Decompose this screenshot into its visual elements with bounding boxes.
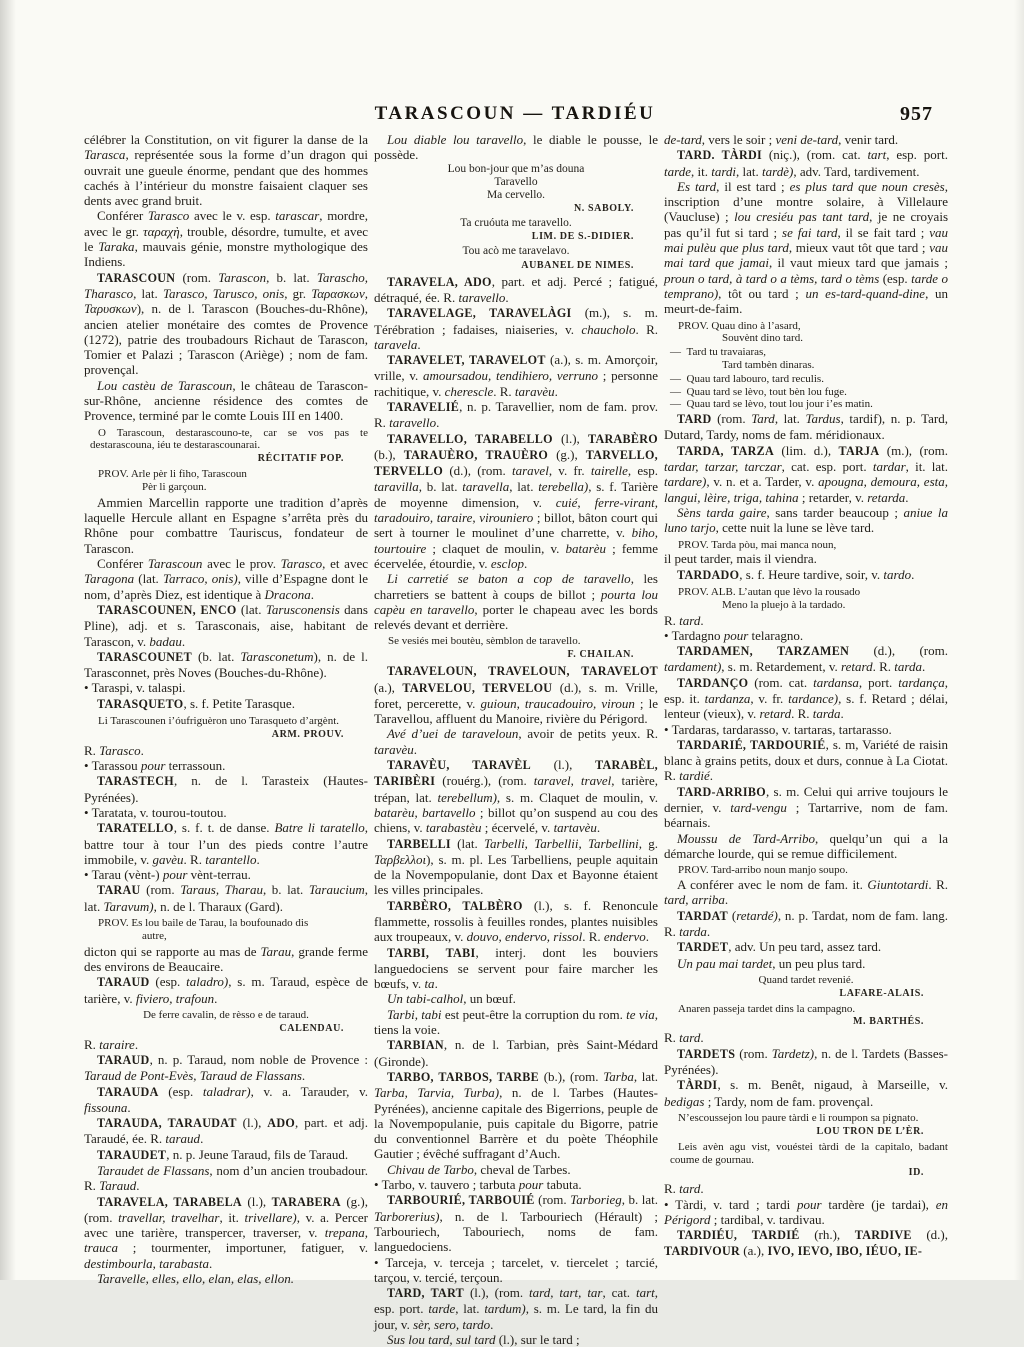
paragraph: TARATELLO, s. f. t. de danse. Batre li t… (84, 820, 368, 867)
paragraph: TARDANÇO (rom. cat. tardansa, port. tard… (664, 675, 948, 722)
paragraph: ARM. PROUV. (84, 729, 368, 741)
paragraph: LIM. DE S.-DIDIER. (374, 231, 658, 243)
paragraph: Se vesiés mei boutèu, sèmblon de taravel… (380, 635, 658, 648)
paragraph: TARASTECH, n. de l. Tarasteix (Hautes-Py… (84, 773, 368, 805)
paragraph: TARBELLI (lat. Tarbelli, Tarbellii, Tarb… (374, 836, 658, 898)
paragraph: • Tarbo, v. tauvero ; tarbuta pour tabut… (374, 1177, 658, 1192)
paragraph: TARAVÈU, TARAVÈL (l.), TARABÈL, TARIBÈRI… (374, 757, 658, 835)
column-1: célébrer la Constitution, on vit figurer… (84, 132, 368, 1280)
paragraph: TARAUDET, n. p. Jeune Taraud, fils de Ta… (84, 1147, 368, 1163)
paragraph: Lou diable lou taravello, le diable le p… (374, 132, 658, 163)
paragraph: Taravelle, elles, ello, elan, elas, ello… (84, 1271, 368, 1280)
paragraph: TARBÈRO, TALBÈRO (l.), s. f. Renoncule f… (374, 898, 658, 945)
paragraph: TARDA, TARZA (lim. d.), TARJA (m.), (rom… (664, 443, 948, 505)
paragraph: LAFARE-ALAIS. (664, 988, 948, 1000)
paragraph: ID. (664, 1167, 948, 1179)
paragraph: M. BARTHÉS. (664, 1016, 948, 1028)
paragraph: R. taraire. (84, 1037, 368, 1052)
paragraph: O Tarascoun, destarascouno-te, car se vo… (90, 427, 368, 453)
paragraph: Ma cervello. (374, 189, 658, 202)
paragraph: TARAVELLO, TARABELLO (l.), TARABÈRO (b.)… (374, 431, 658, 572)
paragraph: • Taratata, v. tourou-toutou. (84, 805, 368, 820)
paragraph: Tard tambèn dinaras. (664, 359, 948, 372)
paragraph: — Quau tard labouro, tard reculis. (664, 373, 948, 386)
paragraph: TÀRDI, s. m. Benêt, nigaud, à Marseille,… (664, 1077, 948, 1109)
paragraph: TARAVELA, ADO, part. et adj. Percé ; fat… (374, 274, 658, 306)
paragraph: F. CHAILAN. (374, 649, 658, 661)
paragraph: TARAUD (esp. taladro), s. m. Taraud, esp… (84, 974, 368, 1006)
paragraph: PROV. Arle pèr li fiho, Tarascoun (84, 468, 368, 481)
paragraph: Tarbi, tabi est peut-être la corruption … (374, 1007, 658, 1038)
paragraph: Taravello (374, 176, 658, 189)
paragraph: Pèr li garçoun. (84, 481, 368, 494)
column-2: Lou diable lou taravello, le diable le p… (374, 132, 658, 1280)
paragraph: célébrer la Constitution, on vit figurer… (84, 132, 368, 208)
paragraph: N. SABOLY. (374, 203, 658, 215)
paragraph: • Tardagno pour telaragno. (664, 628, 948, 643)
paragraph: de-tard, vers le soir ; veni de-tard, ve… (664, 132, 948, 147)
paragraph: • Tarceja, v. terceja ; tarcelet, v. tie… (374, 1255, 658, 1280)
paragraph: TARDAT (retardé), n. p. Tardat, nom de f… (664, 908, 948, 940)
paragraph: TARD-ARRIBO, s. m. Celui qui arrive touj… (664, 784, 948, 831)
paragraph: dicton qui se rapporte au mas de Tarau, … (84, 944, 368, 975)
paragraph: TARAUD, n. p. Taraud, nom noble de Prove… (84, 1052, 368, 1084)
text-columns: célébrer la Constitution, on vit figurer… (84, 132, 948, 1280)
paragraph: R. tard. (664, 1030, 948, 1045)
paragraph: Ammien Marcellin rapporte une tradition … (84, 495, 368, 556)
paragraph: Souvènt dino tard. (664, 332, 948, 345)
paragraph: TARAVELIÉ, n. p. Taravellier, nom de fam… (374, 399, 658, 431)
page-header: TARASCOUN — TARDIÉU 957 (85, 103, 945, 129)
page-number: 957 (900, 103, 933, 126)
paragraph: TARAU (rom. Taraus, Tharau, b. lat. Tara… (84, 882, 368, 914)
paragraph: Taraudet de Flassans, nom d’un ancien tr… (84, 1163, 368, 1194)
paragraph: • Tarau (vènt-) pour vènt-terrau. (84, 867, 368, 882)
paragraph: TARASCOUN (rom. Tarascon, b. lat. Tarasc… (84, 270, 368, 378)
paragraph: TARD (rom. Tard, lat. Tardus, tardif), n… (664, 411, 948, 443)
paragraph: — Quau tard se lèvo, tout lou jour i’es … (664, 398, 948, 411)
paragraph: — Tard tu travaiaras, (664, 346, 948, 359)
paragraph: TARASQUETO, s. f. Petite Tarasque. (84, 696, 368, 712)
scanned-page: TARASCOUN — TARDIÉU 957 célébrer la Cons… (0, 0, 1024, 1280)
paragraph: N’escoussejon lou paure tàrdi e li roump… (670, 1112, 948, 1125)
paragraph: Conférer Tarasco avec le v. esp. tarasca… (84, 208, 368, 269)
paragraph: Lou bon-jour que m’as douna (374, 163, 658, 176)
paragraph: TARAUDA (esp. taladrar), v. a. Tarauder,… (84, 1084, 368, 1116)
paragraph: — Quau tard se lèvo, tout bèn lou fuge. (664, 386, 948, 399)
paragraph: Avé d’uei de taraveloun, avoir de petits… (374, 726, 658, 757)
paragraph: AUBANEL DE NIMES. (374, 260, 658, 272)
paragraph: R. Tarasco. (84, 743, 368, 758)
paragraph: TARAVELET, TARAVELOT (a.), s. m. Amorçoi… (374, 352, 658, 399)
paragraph: TARDETS (rom. Tardetz), n. de l. Tardets… (664, 1046, 948, 1078)
paragraph: Un tabi-calhol, un bœuf. (374, 991, 658, 1006)
column-3: de-tard, vers le soir ; veni de-tard, ve… (664, 132, 948, 1280)
paragraph: TARASCOUNET (b. lat. Tarasconetum), n. d… (84, 649, 368, 681)
paragraph: Anaren passeja tardet dins la campagno. (670, 1003, 948, 1016)
paragraph: TARAVELOUN, TRAVELOUN, TARAVELOT (a.), T… (374, 663, 658, 726)
paragraph: CALENDAU. (84, 1023, 368, 1035)
paragraph: LOU TRON DE L’ÈR. (664, 1126, 948, 1138)
paragraph: TARAUDA, TARAUDAT (l.), ADO, part. et ad… (84, 1115, 368, 1147)
paragraph: TARD. TÀRDI (niç.), (rom. cat. tart, esp… (664, 147, 948, 179)
paragraph: Li Tarascounen i’óufriguèron uno Tarasqu… (90, 715, 368, 728)
paragraph: Ta cruóuta me taravello. (374, 217, 658, 230)
paragraph: Sèns tarda gaire, sans tarder beaucoup ;… (664, 505, 948, 536)
paragraph: Lou castèu de Tarascoun, le château de T… (84, 378, 368, 424)
paragraph: Moussu de Tard-Arribo, quelqu’un qui a l… (664, 831, 948, 862)
paragraph: TARDAMEN, TARZAMEN (d.), (rom. tardament… (664, 643, 948, 675)
paragraph: autre, (84, 930, 368, 943)
paragraph: • Tarassou pour terrassoun. (84, 758, 368, 773)
paragraph: TARASCOUNEN, ENCO (lat. Tarusconensis da… (84, 602, 368, 649)
paragraph: A conférer avec le nom de fam. it. Giunt… (664, 877, 948, 908)
paragraph: RÉCITATIF POP. (84, 453, 368, 465)
paragraph: PROV. Es lou baile de Tarau, la boufouna… (84, 917, 368, 930)
paragraph: Conférer Tarascoun avec le prov. Tarasco… (84, 556, 368, 602)
paragraph: De ferre cavalin, de rèsso e de taraud. (84, 1009, 368, 1022)
paragraph: Un pau mai tardet, un peu plus tard. (664, 956, 948, 971)
paragraph: TARDADO, s. f. Heure tardive, soir, v. t… (664, 567, 948, 583)
page-header-title: TARASCOUN — TARDIÉU (85, 103, 945, 125)
paragraph: PROV. Tard-arribo noun manjo soupo. (664, 864, 948, 877)
paragraph: PROV. Quau dino à l’asard, (664, 320, 948, 333)
paragraph: PROV. ALB. L’autan que lèvo la rousado (664, 586, 948, 599)
paragraph: PROV. Tarda pòu, mai manca noun, (664, 539, 948, 552)
paragraph: TARAVELAGE, TARAVELÀGI (m.), s. m. Téréb… (374, 305, 658, 352)
paragraph: • Tardaras, tardarasso, v. tartaras, tar… (664, 722, 948, 737)
paragraph: Meno la pluejo à la tardado. (664, 599, 948, 612)
paragraph: TARAVELA, TARABELA (l.), TARABERA (g.), … (84, 1194, 368, 1271)
paragraph: TARBIAN, n. de l. Tarbian, près Saint-Mé… (374, 1037, 658, 1069)
paragraph: Chivau de Tarbo, cheval de Tarbes. (374, 1162, 658, 1177)
paragraph: • Tàrdi, v. tard ; tardi pour tardère (j… (664, 1197, 948, 1228)
paragraph: il peut tarder, mais il viendra. (664, 551, 948, 566)
paragraph: R. tard. (664, 613, 948, 628)
paragraph: TARBI, TABI, interj. dont les bouviers l… (374, 945, 658, 992)
paragraph: R. tard. (664, 1181, 948, 1196)
paragraph: TARDARIÉ, TARDOURIÉ, s. m, Variété de ra… (664, 737, 948, 784)
paragraph: TARDIÉU, TARDIÉ (rh.), TARDIVE (d.), TAR… (664, 1227, 948, 1260)
paragraph: Leis avèn agu vist, vouéstei tàrdi de la… (670, 1141, 948, 1167)
paragraph: • Taraspi, v. talaspi. (84, 680, 368, 695)
paragraph: TARBOURIÉ, TARBOUIÉ (rom. Tarborieg, b. … (374, 1192, 658, 1254)
paragraph: Li carretié se baton a cop de taravello,… (374, 571, 658, 632)
paragraph: TARDET, adv. Un peu tard, assez tard. (664, 939, 948, 955)
paragraph: TARBO, TARBOS, TARBE (b.), (rom. Tarba, … (374, 1069, 658, 1162)
paragraph: Es tard, il est tard ; es plus tard que … (664, 179, 948, 317)
paragraph: Tou acò me taravelavo. (374, 245, 658, 258)
paragraph: Quand tardet revenié. (664, 974, 948, 987)
